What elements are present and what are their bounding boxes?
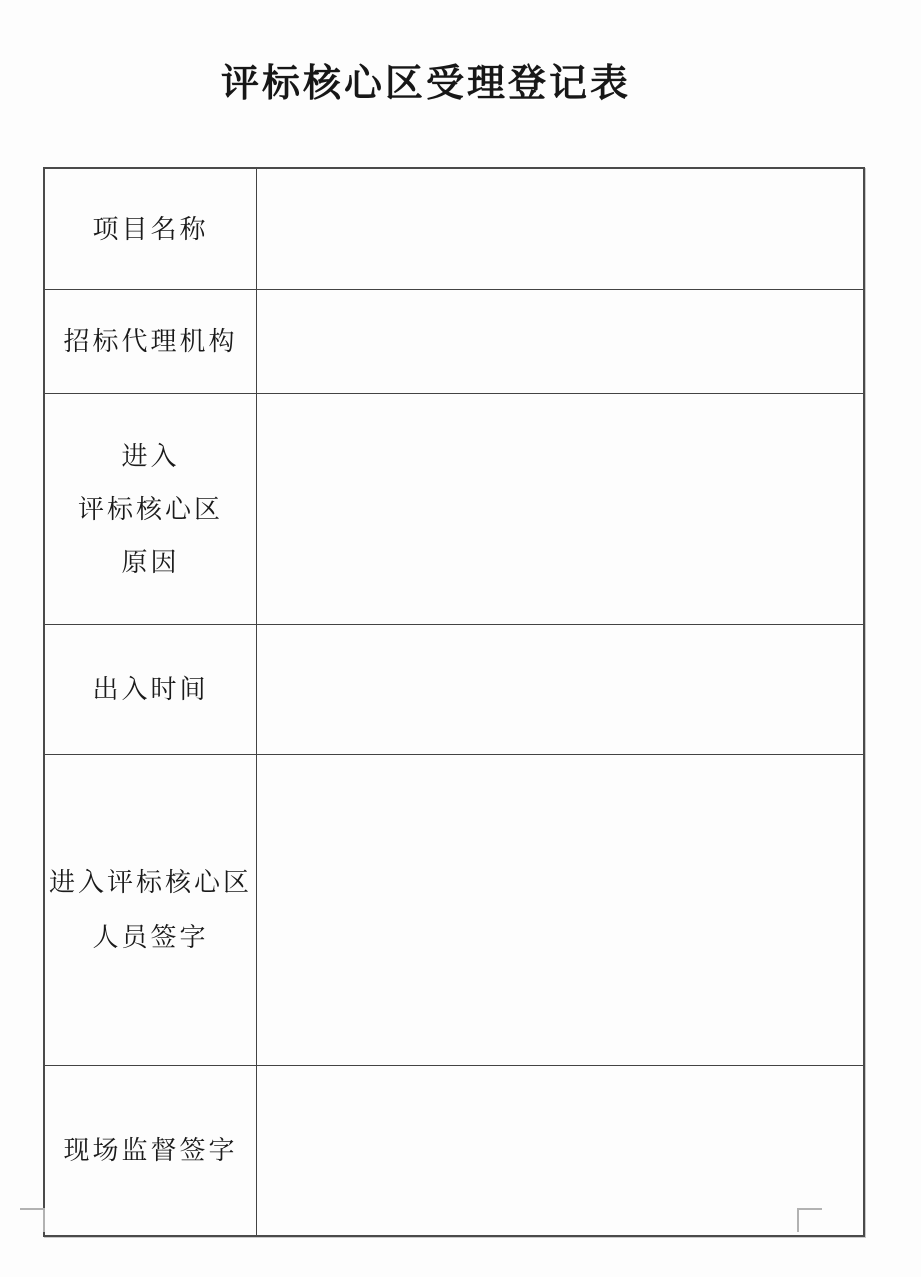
label-line: 原因: [121, 536, 179, 589]
label-cell-supervisor-signature: 现场监督签字: [45, 1066, 257, 1235]
label-line: 人员签字: [92, 910, 208, 965]
label-line: 评标核心区: [78, 483, 223, 536]
table-row-entry-reason: 进入 评标核心区 原因: [45, 394, 863, 625]
page-margin-corner-mark-bottom-right: [797, 1208, 822, 1232]
table-row-project-name: 项目名称: [45, 169, 863, 290]
label-cell-project-name: 项目名称: [45, 169, 257, 289]
label-cell-bidding-agency: 招标代理机构: [45, 290, 257, 393]
table-row-entrant-signature: 进入评标核心区 人员签字: [45, 755, 863, 1066]
value-cell-supervisor-signature: [257, 1066, 863, 1235]
label-cell-entrant-signature: 进入评标核心区 人员签字: [45, 755, 257, 1065]
label-cell-entry-reason: 进入 评标核心区 原因: [45, 394, 257, 624]
table-row-supervisor-signature: 现场监督签字: [45, 1066, 863, 1235]
table-row-bidding-agency: 招标代理机构: [45, 290, 863, 394]
page-margin-corner-mark-bottom-left: [20, 1208, 45, 1232]
document-page: 评标核心区受理登记表 项目名称 招标代理机构 进入 评标核心区 原因 出入时间: [0, 0, 921, 1277]
value-cell-entrant-signature: [257, 755, 863, 1065]
label-line: 项目名称: [92, 203, 208, 256]
label-line: 进入评标核心区: [49, 855, 252, 910]
label-line: 出入时间: [92, 663, 208, 716]
label-line: 现场监督签字: [63, 1124, 237, 1177]
table-row-entry-exit-time: 出入时间: [45, 625, 863, 755]
label-cell-entry-exit-time: 出入时间: [45, 625, 257, 754]
label-line: 进入: [121, 430, 179, 483]
value-cell-entry-reason: [257, 394, 863, 624]
page-title: 评标核心区受理登记表: [0, 52, 852, 107]
value-cell-bidding-agency: [257, 290, 863, 393]
registration-form-table: 项目名称 招标代理机构 进入 评标核心区 原因 出入时间: [43, 167, 865, 1237]
label-line: 招标代理机构: [63, 315, 237, 368]
value-cell-entry-exit-time: [257, 625, 863, 754]
value-cell-project-name: [257, 169, 863, 289]
